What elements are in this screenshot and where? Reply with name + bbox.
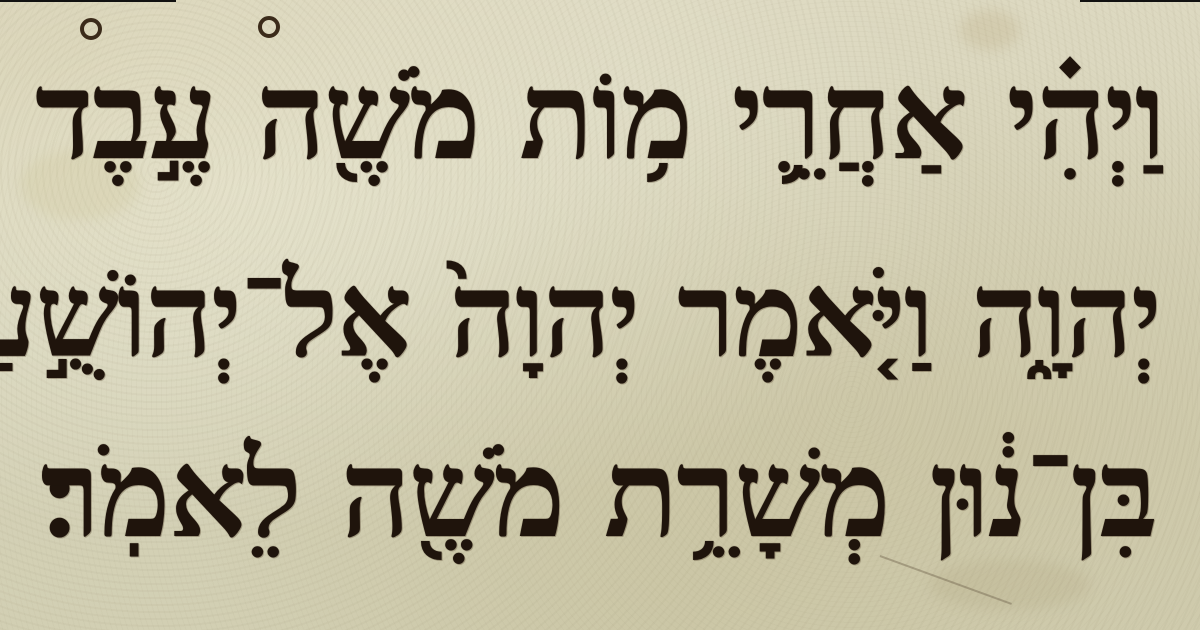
top-edge-bar (0, 0, 176, 2)
manuscript-line-1: וַיְהִ֗י אַחֲרֵ֛י מ֥וֹת מֹשֶׁ֖ה עֶ֣בֶד י… (0, 40, 1164, 190)
masora-circle-mark (80, 18, 102, 40)
manuscript-line-3: בִּן־נ֔וּן מְשָׁרֵ֥ת מֹשֶׁ֖ה לֵאמֹֽר׃ (42, 418, 1156, 568)
manuscript-photo: וַיְהִ֗י אַחֲרֵ֛י מ֥וֹת מֹשֶׁ֖ה עֶ֣בֶד י… (0, 0, 1200, 630)
manuscript-line-2: יְהוָ֑ה וַיֹּ֤אמֶר יְהוָה֙ אֶל־יְהוֹשֻׁ֣… (0, 240, 1160, 390)
masora-circle-mark (258, 16, 280, 38)
top-edge-bar (1080, 0, 1200, 2)
